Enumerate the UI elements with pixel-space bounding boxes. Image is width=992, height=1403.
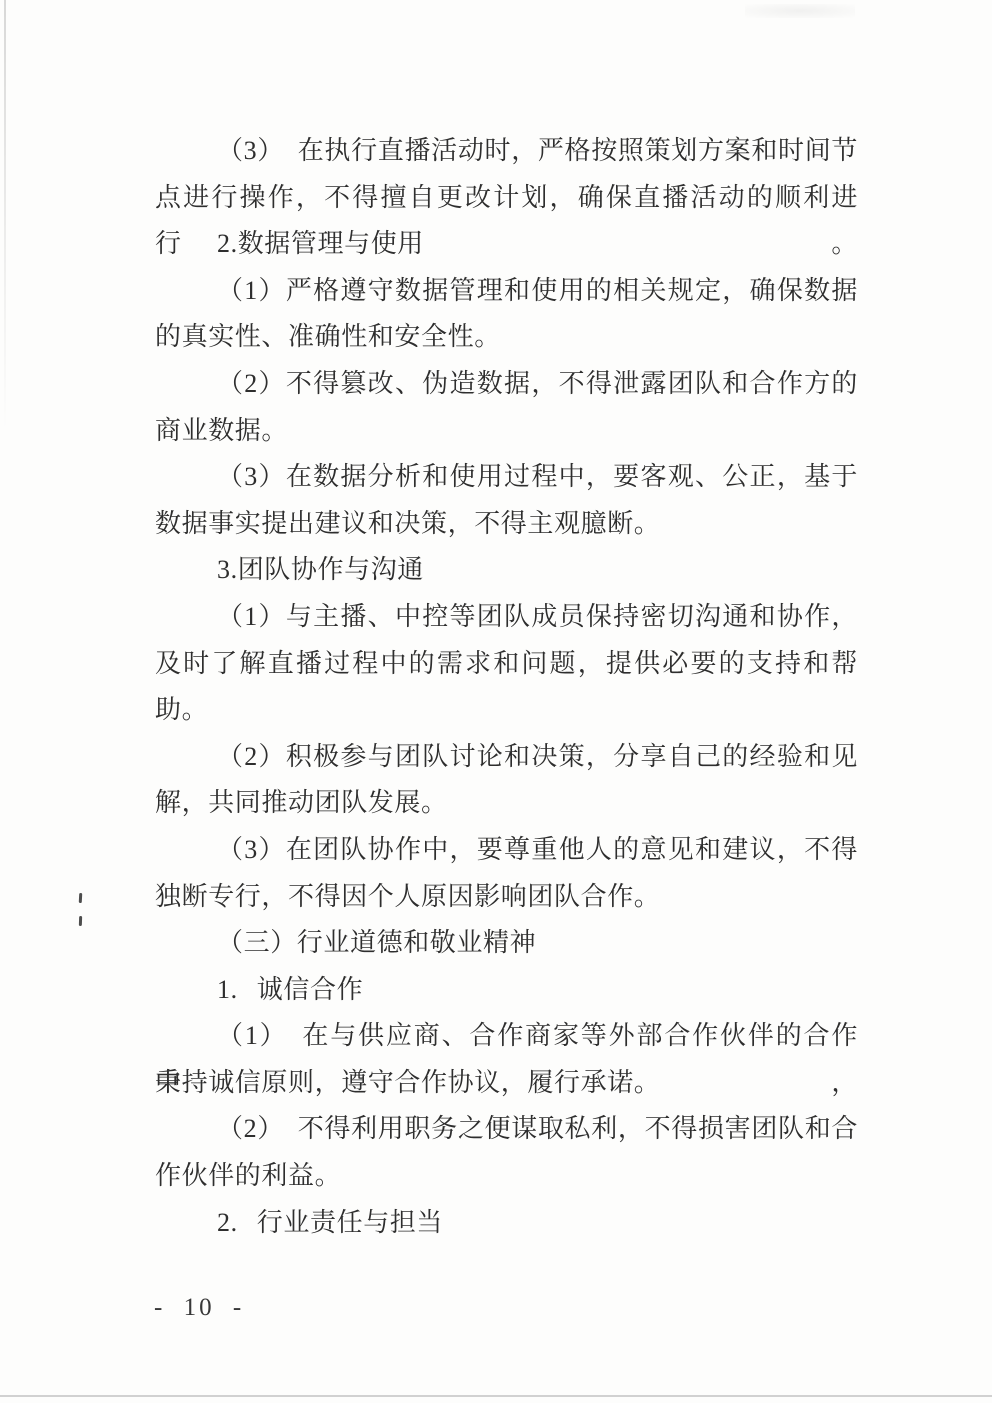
text-line: （1）与主播、中控等团队成员保持密切沟通和协作， (155, 594, 858, 641)
text-line: 独断专行，不得因个人原因影响团队合作。 (155, 874, 858, 921)
section-heading: 2. 行业责任与担当 (155, 1200, 858, 1247)
section-heading: （三）行业道德和敬业精神 (155, 920, 858, 967)
text-line: 及时了解直播过程中的需求和问题，提供必要的支持和帮 (155, 641, 858, 688)
document-body: （3） 在执行直播活动时，严格按照策划方案和时间节 点进行操作，不得擅自更改计划… (155, 128, 858, 1246)
text-line: （1） 在与供应商、合作商家等外部合作伙伴的合作中， (155, 1013, 858, 1060)
text-line: （3） 在执行直播活动时，严格按照策划方案和时间节 (155, 128, 858, 175)
text-line: （3）在数据分析和使用过程中，要客观、公正，基于 (155, 454, 858, 501)
text-line: 数据事实提出建议和决策，不得主观臆断。 (155, 501, 858, 548)
page-number: - 10 - (154, 1292, 244, 1324)
scan-smudge-artifact (745, 4, 855, 18)
text-line: （1）严格遵守数据管理和使用的相关规定，确保数据 (155, 268, 858, 315)
text-line: 解，共同推动团队发展。 (155, 780, 858, 827)
scan-edge-artifact-left (4, 0, 6, 430)
scan-edge-artifact-bottom (0, 1395, 992, 1397)
text-line: （2）积极参与团队讨论和决策，分享自己的经验和见 (155, 734, 858, 781)
text-line: （2） 不得利用职务之便谋取私利，不得损害团队和合 (155, 1106, 858, 1153)
text-line: （2）不得篡改、伪造数据，不得泄露团队和合作方的 (155, 361, 858, 408)
section-heading: 3.团队协作与沟通 (155, 547, 858, 594)
document-page: （3） 在执行直播活动时，严格按照策划方案和时间节 点进行操作，不得擅自更改计划… (0, 0, 992, 1403)
text-line: 的真实性、准确性和安全性。 (155, 314, 858, 361)
text-line: 助。 (155, 687, 858, 734)
text-line: 作伙伴的利益。 (155, 1153, 858, 1200)
text-line: （3）在团队协作中，要尊重他人的意见和建议，不得 (155, 827, 858, 874)
scan-tick-mark-artifact (79, 916, 82, 926)
text-line: 点进行操作，不得擅自更改计划，确保直播活动的顺利进行。 (155, 175, 858, 222)
section-heading: 1. 诚信合作 (155, 967, 858, 1014)
scan-tick-mark-artifact (79, 893, 83, 903)
text-line: 商业数据。 (155, 408, 858, 455)
